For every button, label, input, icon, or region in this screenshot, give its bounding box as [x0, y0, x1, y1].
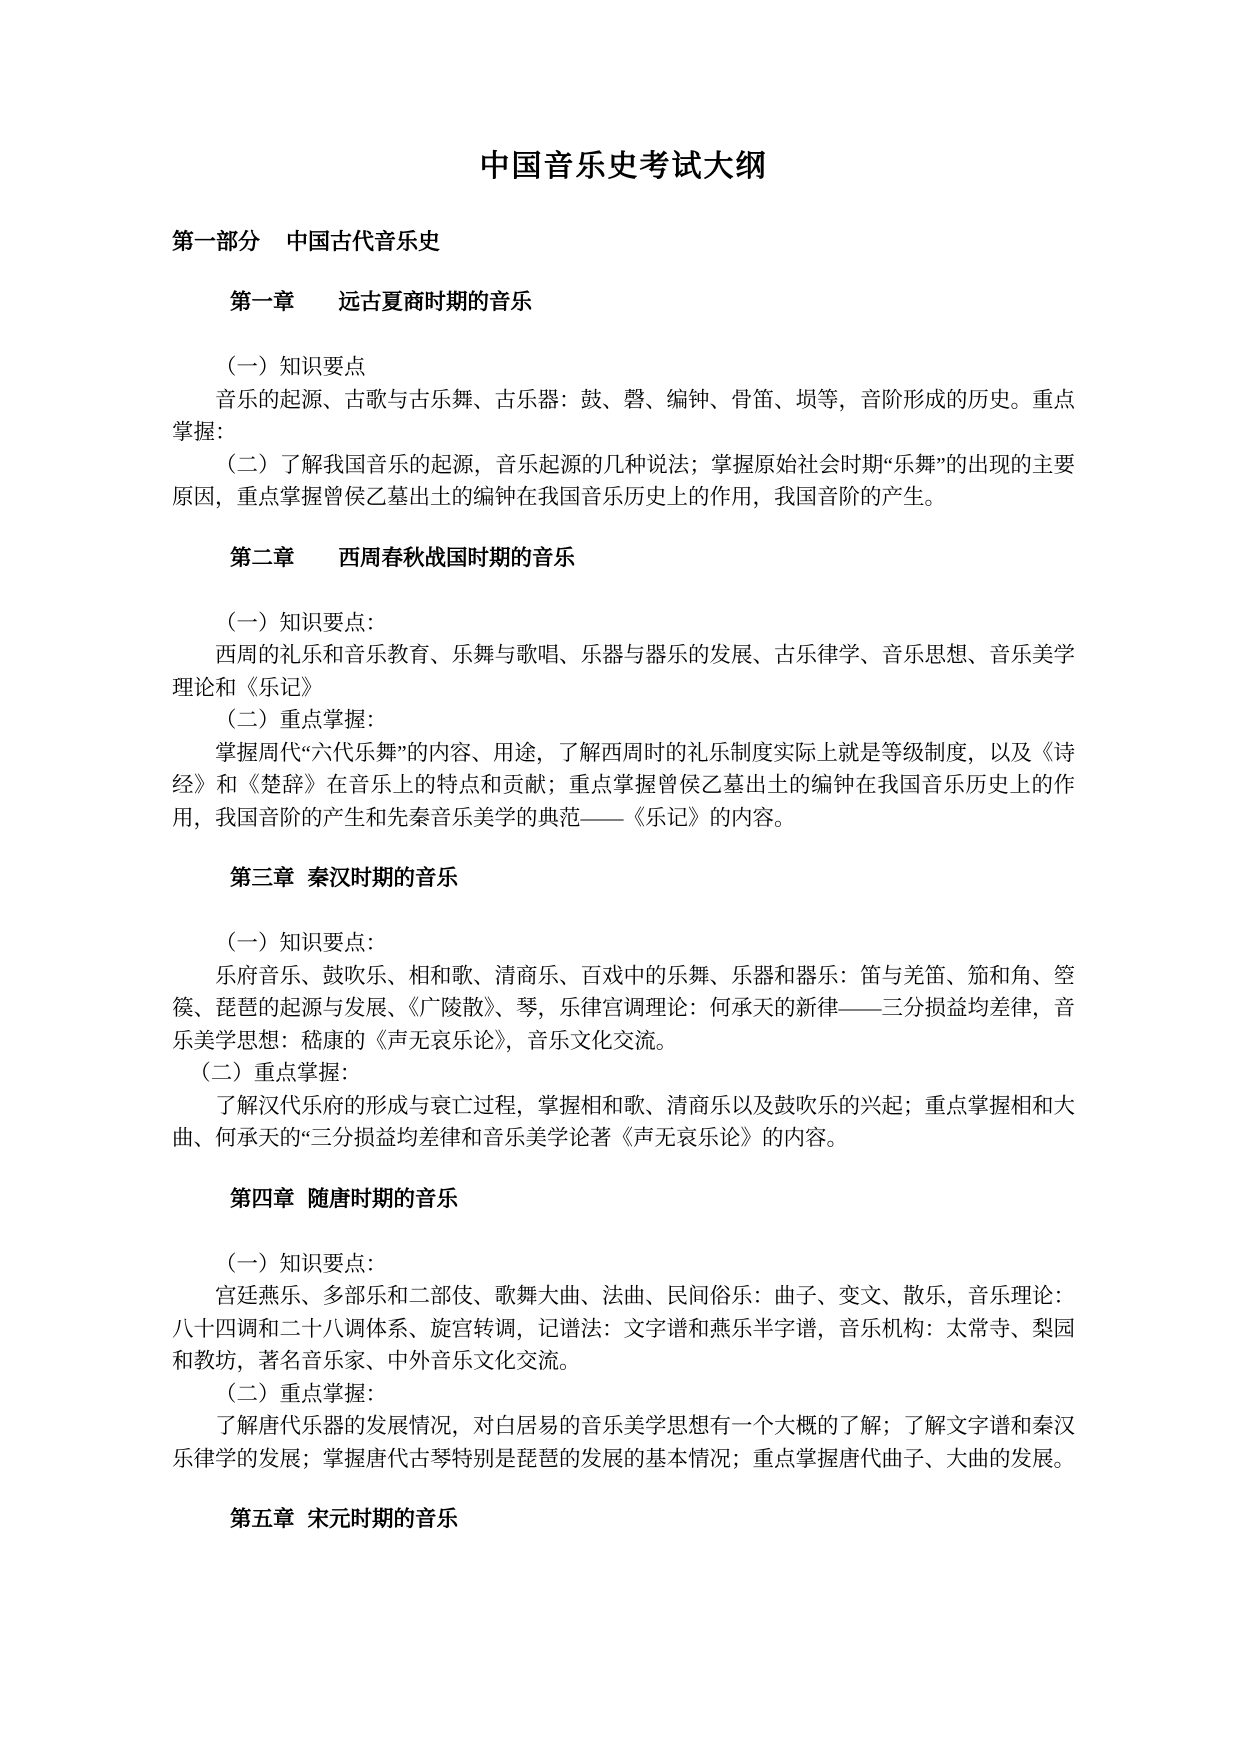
document-page: 中国音乐史考试大纲 第一部分中国古代音乐史 第一章远古夏商时期的音乐 （一）知识… [0, 0, 1240, 1754]
chapter-5: 第五章宋元时期的音乐 [172, 1503, 1075, 1536]
chapter-4-paragraph-3: （二）重点掌握： [172, 1378, 1075, 1411]
chapter-1-paragraph-1: （一）知识要点 [172, 351, 1075, 384]
part-label: 第一部分 [172, 229, 260, 254]
chapter-2-paragraph-4: 掌握周代“六代乐舞”的内容、用途，了解西周时的礼乐制度实际上就是等级制度，以及《… [172, 737, 1075, 835]
chapter-4-paragraph-4: 了解唐代乐器的发展情况，对白居易的音乐美学思想有一个大概的了解；了解文字谱和秦汉… [172, 1410, 1075, 1475]
chapter-3-paragraph-2: 乐府音乐、鼓吹乐、相和歌、清商乐、百戏中的乐舞、乐器和器乐：笛与羌笛、笳和角、箜… [172, 960, 1075, 1058]
chapter-4-label: 第四章 [230, 1187, 295, 1211]
chapter-1-label: 第一章 [230, 290, 295, 314]
chapter-4-title: 随唐时期的音乐 [308, 1187, 459, 1211]
chapter-2-label: 第二章 [230, 546, 295, 570]
chapter-4-paragraph-2: 宫廷燕乐、多部乐和二部伎、歌舞大曲、法曲、民间俗乐：曲子、变文、散乐，音乐理论：… [172, 1280, 1075, 1378]
chapter-1-paragraph-2: 音乐的起源、古歌与古乐舞、古乐器：鼓、磬、编钟、骨笛、埙等，音阶形成的历史。重点… [172, 384, 1075, 449]
chapter-2: 第二章西周春秋战国时期的音乐 （一）知识要点： 西周的礼乐和音乐教育、乐舞与歌唱… [172, 542, 1075, 835]
chapter-2-heading: 第二章西周春秋战国时期的音乐 [230, 542, 1075, 575]
chapter-1: 第一章远古夏商时期的音乐 （一）知识要点 音乐的起源、古歌与古乐舞、古乐器：鼓、… [172, 286, 1075, 514]
chapter-1-paragraph-3: （二）了解我国音乐的起源，音乐起源的几种说法；掌握原始社会时期“乐舞”的出现的主… [172, 449, 1075, 514]
chapter-2-paragraph-2: 西周的礼乐和音乐教育、乐舞与歌唱、乐器与器乐的发展、古乐律学、音乐思想、音乐美学… [172, 639, 1075, 704]
part-heading: 第一部分中国古代音乐史 [172, 225, 1075, 258]
chapter-2-title: 西周春秋战国时期的音乐 [339, 546, 576, 570]
chapter-3: 第三章秦汉时期的音乐 （一）知识要点： 乐府音乐、鼓吹乐、相和歌、清商乐、百戏中… [172, 862, 1075, 1155]
chapter-3-paragraph-3: （二）重点掌握： [172, 1057, 1075, 1090]
chapter-3-heading: 第三章秦汉时期的音乐 [230, 862, 1075, 895]
chapter-4: 第四章随唐时期的音乐 （一）知识要点： 宫廷燕乐、多部乐和二部伎、歌舞大曲、法曲… [172, 1183, 1075, 1476]
chapter-2-paragraph-3: （二）重点掌握： [172, 704, 1075, 737]
chapter-4-heading: 第四章随唐时期的音乐 [230, 1183, 1075, 1216]
chapter-3-paragraph-4: 了解汉代乐府的形成与衰亡过程，掌握相和歌、清商乐以及鼓吹乐的兴起；重点掌握相和大… [172, 1090, 1075, 1155]
chapter-5-heading: 第五章宋元时期的音乐 [230, 1503, 1075, 1536]
chapter-5-title: 宋元时期的音乐 [308, 1507, 459, 1531]
document-title: 中国音乐史考试大纲 [172, 150, 1075, 184]
part-title: 中国古代音乐史 [286, 229, 440, 254]
chapter-4-paragraph-1: （一）知识要点： [172, 1248, 1075, 1281]
chapter-3-label: 第三章 [230, 866, 295, 890]
chapter-2-paragraph-1: （一）知识要点： [172, 607, 1075, 640]
chapter-3-title: 秦汉时期的音乐 [308, 866, 459, 890]
chapter-1-heading: 第一章远古夏商时期的音乐 [230, 286, 1075, 319]
chapter-3-paragraph-1: （一）知识要点： [172, 927, 1075, 960]
chapter-1-title: 远古夏商时期的音乐 [339, 290, 533, 314]
chapter-5-label: 第五章 [230, 1507, 295, 1531]
